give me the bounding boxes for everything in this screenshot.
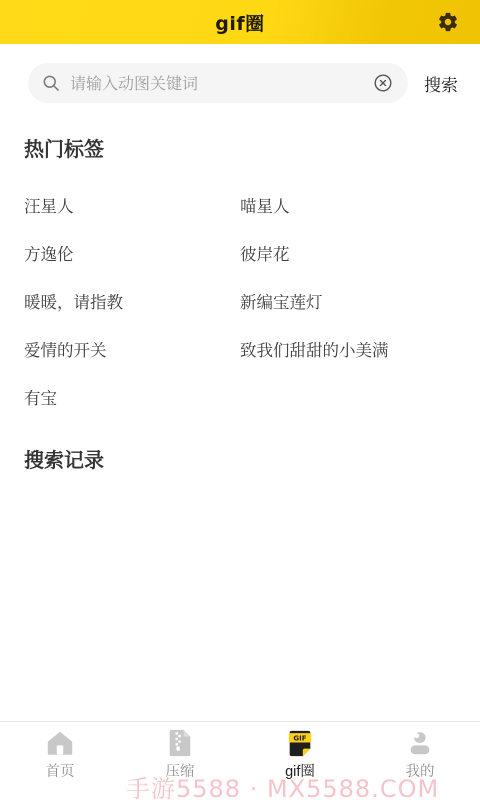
gear-icon (437, 11, 459, 33)
tab-label: 首页 (46, 760, 75, 781)
tab-compress[interactable]: 压缩 (120, 722, 240, 800)
tab-home[interactable]: 首页 (0, 722, 120, 800)
tab-label: 压缩 (166, 760, 195, 781)
tag-item[interactable]: 彼岸花 (240, 245, 480, 265)
search-icon (41, 73, 61, 93)
search-field-container[interactable] (28, 63, 408, 103)
tag-item[interactable]: 爱情的开关 (24, 341, 240, 361)
tab-gif-circle[interactable]: GIF gif圈 (240, 722, 360, 800)
home-icon (45, 728, 75, 758)
search-input[interactable] (70, 74, 371, 93)
search-bar: 搜索 (28, 63, 458, 103)
search-history-title: 搜索记录 (24, 444, 480, 473)
hot-tags-title: 热门标签 (24, 133, 480, 162)
tab-mine[interactable]: 我的 (360, 722, 480, 800)
app-screen: gif圈 (0, 0, 480, 800)
tag-item[interactable]: 汪星人 (24, 197, 240, 217)
svg-text:GIF: GIF (293, 733, 306, 742)
tag-item[interactable]: 喵星人 (240, 197, 480, 217)
clear-circle-x-icon (372, 72, 394, 94)
tab-label: gif圈 (285, 760, 315, 781)
user-icon (405, 728, 435, 758)
zip-file-icon (165, 728, 195, 758)
page-title: gif圈 (215, 9, 264, 36)
tab-label: 我的 (406, 760, 435, 781)
gif-file-icon: GIF (285, 728, 315, 758)
tag-item[interactable]: 暖暖，请指教 (24, 293, 240, 313)
tag-item[interactable]: 方逸伦 (24, 245, 240, 265)
tag-item[interactable]: 有宝 (24, 389, 240, 409)
search-submit-button[interactable]: 搜索 (424, 71, 458, 96)
hot-tags-list: 汪星人 喵星人 方逸伦 彼岸花 暖暖，请指教 新编宝莲灯 爱情的开关 致我们甜甜… (24, 197, 480, 437)
tag-item[interactable]: 致我们甜甜的小美满 (240, 341, 480, 361)
tag-item[interactable]: 新编宝莲灯 (240, 293, 480, 313)
app-bar: gif圈 (0, 0, 480, 44)
clear-search-button[interactable] (371, 71, 395, 95)
bottom-tab-bar: 首页 压缩 (0, 721, 480, 800)
settings-button[interactable] (436, 10, 460, 34)
